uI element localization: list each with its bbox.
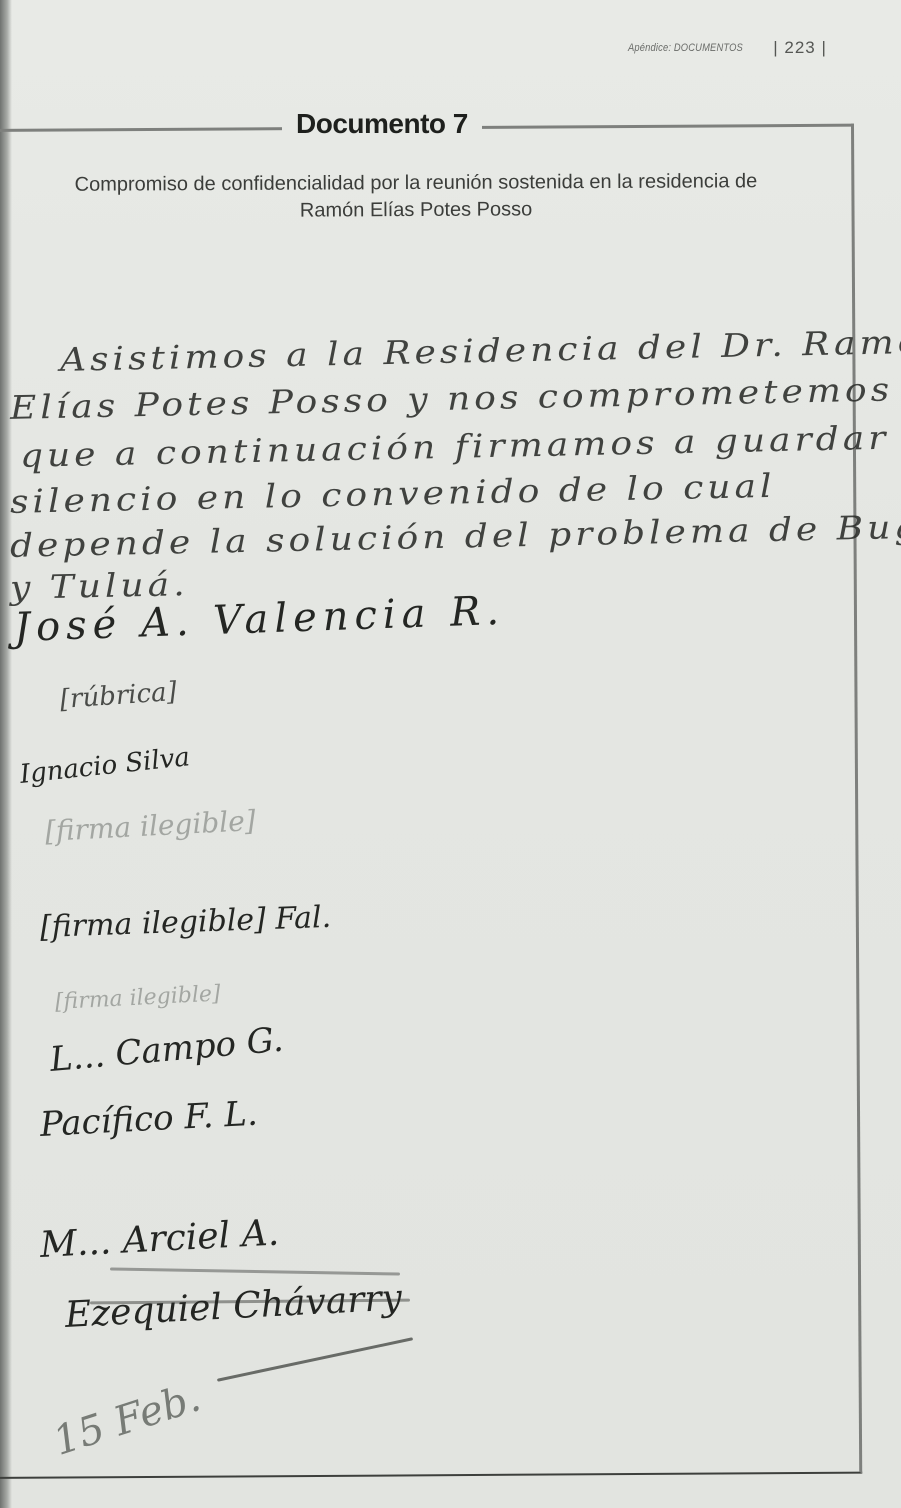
page-number: | 223 |: [773, 38, 827, 58]
book-page: Apéndice: DOCUMENTOS | 223 | Documento 7…: [0, 0, 901, 1508]
document-title-block: Documento 7: [282, 108, 482, 140]
document-title: Documento 7: [296, 108, 468, 139]
handwritten-line: Elías Potes Posso y nos comprometemos lo…: [10, 370, 901, 427]
subtitle-line-1: Compromiso de confidencialidad por la re…: [0, 168, 836, 199]
handwritten-statement: Asistimos a la Residencia del Dr. Ramón …: [30, 330, 850, 610]
subtitle-line-2: Ramón Elías Potes Posso: [0, 195, 836, 226]
handwritten-line: que a continuación firmamos a guardar: [20, 420, 890, 475]
running-header-section: Apéndice: DOCUMENTOS: [628, 42, 743, 54]
running-header: Apéndice: DOCUMENTOS | 223 |: [628, 38, 827, 58]
document-subtitle: Compromiso de confidencialidad por la re…: [0, 168, 836, 226]
handwritten-line: silencio en lo convenido de lo cual: [10, 468, 776, 521]
handwritten-line: Asistimos a la Residencia del Dr. Ramón: [60, 323, 901, 379]
